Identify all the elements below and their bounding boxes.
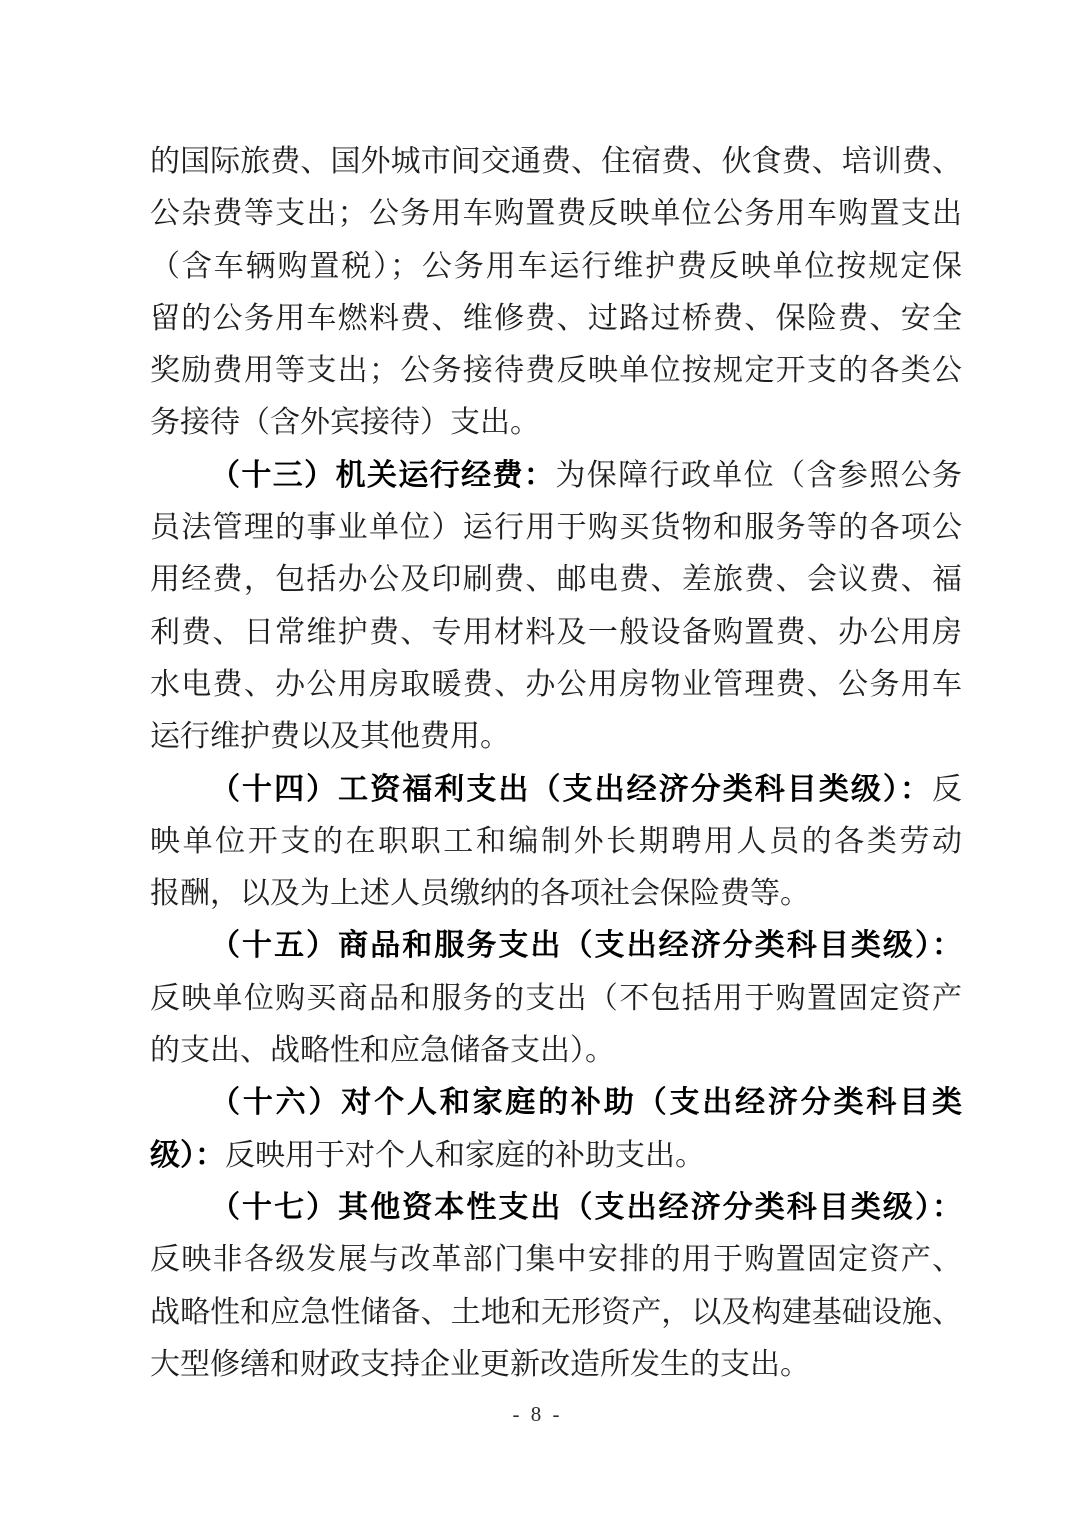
text-line: 报酬，以及为上述人员缴纳的各项社会保险费等。 xyxy=(150,868,962,920)
text-line: 用经费，包括办公及印刷费、邮电费、差旅费、会议费、福 xyxy=(150,554,962,606)
text-line: 反映非各级发展与改革部门集中安排的用于购置固定资产、 xyxy=(150,1234,962,1286)
text-segment: 员法管理的事业单位）运行用于购买货物和服务等的各项公 xyxy=(150,511,962,544)
text-segment: 映单位开支的在职职工和编制外长期聘用人员的各类劳动 xyxy=(150,825,962,858)
heading-segment: （十六）对个人和家庭的补助（支出经济分类科目类 xyxy=(210,1086,962,1119)
text-segment: 用经费，包括办公及印刷费、邮电费、差旅费、会议费、福 xyxy=(150,563,962,596)
heading-segment: （十四）工资福利支出（支出经济分类科目类级）： xyxy=(210,773,932,806)
text-line: （十三）机关运行经费：为保障行政单位（含参照公务 xyxy=(150,450,962,502)
document-page: 的国际旅费、国外城市间交通费、住宿费、伙食费、培训费、公杂费等支出；公务用车购置… xyxy=(0,0,1075,1520)
text-line: 留的公务用车燃料费、维修费、过路过桥费、保险费、安全 xyxy=(150,293,962,345)
text-line: （十七）其他资本性支出（支出经济分类科目类级）： xyxy=(150,1182,962,1234)
text-line: （十五）商品和服务支出（支出经济分类科目类级）： xyxy=(150,920,962,972)
heading-segment: （十七）其他资本性支出（支出经济分类科目类级）： xyxy=(210,1191,962,1224)
text-line: 映单位开支的在职职工和编制外长期聘用人员的各类劳动 xyxy=(150,816,962,868)
text-line: 员法管理的事业单位）运行用于购买货物和服务等的各项公 xyxy=(150,502,962,554)
text-segment: （含车辆购置税）；公务用车运行维护费反映单位按规定保 xyxy=(150,250,962,283)
text-segment: 务接待（含外宾接待）支出。 xyxy=(150,406,540,439)
text-segment: 运行维护费以及其他费用。 xyxy=(150,720,510,753)
text-segment: 大型修缮和财政支持企业更新改造所发生的支出。 xyxy=(150,1348,810,1381)
text-line: 利费、日常维护费、专用材料及一般设备购置费、办公用房 xyxy=(150,607,962,659)
text-line: 反映单位购买商品和服务的支出（不包括用于购置固定资产 xyxy=(150,973,962,1025)
text-segment: 反映单位购买商品和服务的支出（不包括用于购置固定资产 xyxy=(150,982,962,1015)
text-line: 务接待（含外宾接待）支出。 xyxy=(150,397,962,449)
text-segment: 为保障行政单位（含参照公务 xyxy=(555,459,962,492)
text-line: 的国际旅费、国外城市间交通费、住宿费、伙食费、培训费、 xyxy=(150,136,962,188)
heading-segment: （十三）机关运行经费： xyxy=(210,459,555,492)
page-number: - 8 - xyxy=(0,1402,1075,1427)
text-segment: 水电费、办公用房取暖费、办公用房物业管理费、公务用车 xyxy=(150,668,962,701)
text-line: 大型修缮和财政支持企业更新改造所发生的支出。 xyxy=(150,1339,962,1391)
text-segment: 报酬，以及为上述人员缴纳的各项社会保险费等。 xyxy=(150,877,810,910)
text-segment: 的国际旅费、国外城市间交通费、住宿费、伙食费、培训费、 xyxy=(150,145,962,178)
text-segment: 反映用于对个人和家庭的补助支出。 xyxy=(225,1139,705,1172)
text-segment: 留的公务用车燃料费、维修费、过路过桥费、保险费、安全 xyxy=(150,302,962,335)
text-line: （含车辆购置税）；公务用车运行维护费反映单位按规定保 xyxy=(150,241,962,293)
document-body: 的国际旅费、国外城市间交通费、住宿费、伙食费、培训费、公杂费等支出；公务用车购置… xyxy=(150,136,962,1391)
heading-segment: 级）： xyxy=(150,1139,225,1172)
text-segment: 反 xyxy=(932,773,962,806)
text-line: （十六）对个人和家庭的补助（支出经济分类科目类 xyxy=(150,1077,962,1129)
text-segment: 奖励费用等支出；公务接待费反映单位按规定开支的各类公 xyxy=(150,354,962,387)
text-segment: 利费、日常维护费、专用材料及一般设备购置费、办公用房 xyxy=(150,616,962,649)
text-line: 奖励费用等支出；公务接待费反映单位按规定开支的各类公 xyxy=(150,345,962,397)
text-segment: 反映非各级发展与改革部门集中安排的用于购置固定资产、 xyxy=(150,1243,962,1276)
text-line: 运行维护费以及其他费用。 xyxy=(150,711,962,763)
heading-segment: （十五）商品和服务支出（支出经济分类科目类级）： xyxy=(210,929,962,962)
text-line: 战略性和应急性储备、土地和无形资产，以及构建基础设施、 xyxy=(150,1287,962,1339)
text-segment: 的支出、战略性和应急储备支出）。 xyxy=(150,1034,615,1067)
text-line: 级）：反映用于对个人和家庭的补助支出。 xyxy=(150,1130,962,1182)
text-line: 公杂费等支出；公务用车购置费反映单位公务用车购置支出 xyxy=(150,188,962,240)
text-segment: 战略性和应急性储备、土地和无形资产，以及构建基础设施、 xyxy=(150,1296,962,1329)
text-line: 水电费、办公用房取暖费、办公用房物业管理费、公务用车 xyxy=(150,659,962,711)
text-line: （十四）工资福利支出（支出经济分类科目类级）：反 xyxy=(150,764,962,816)
text-line: 的支出、战略性和应急储备支出）。 xyxy=(150,1025,962,1077)
text-segment: 公杂费等支出；公务用车购置费反映单位公务用车购置支出 xyxy=(150,197,962,230)
